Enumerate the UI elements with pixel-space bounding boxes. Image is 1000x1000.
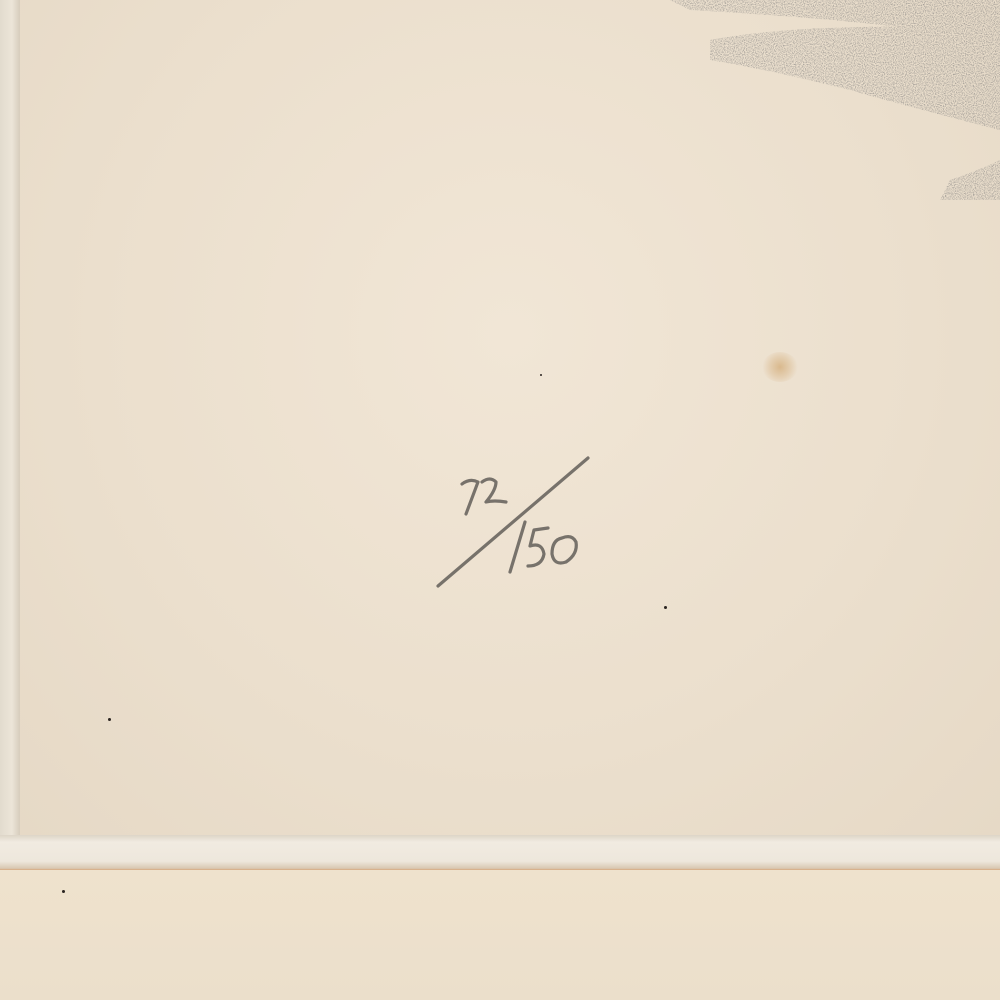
paper-speck xyxy=(540,374,542,376)
mat-left-edge xyxy=(0,0,20,860)
photo-background: 72/150 xyxy=(0,0,1000,1000)
paper-speck xyxy=(108,718,111,721)
mat-bottom-edge xyxy=(0,835,1000,870)
pencil-sketch-fragment xyxy=(670,0,1000,200)
edition-number: 72/150 xyxy=(430,450,600,600)
lower-mount xyxy=(0,870,1000,1000)
foxing-stain xyxy=(762,352,798,382)
paper-speck xyxy=(664,606,667,609)
paper-speck xyxy=(62,890,65,893)
